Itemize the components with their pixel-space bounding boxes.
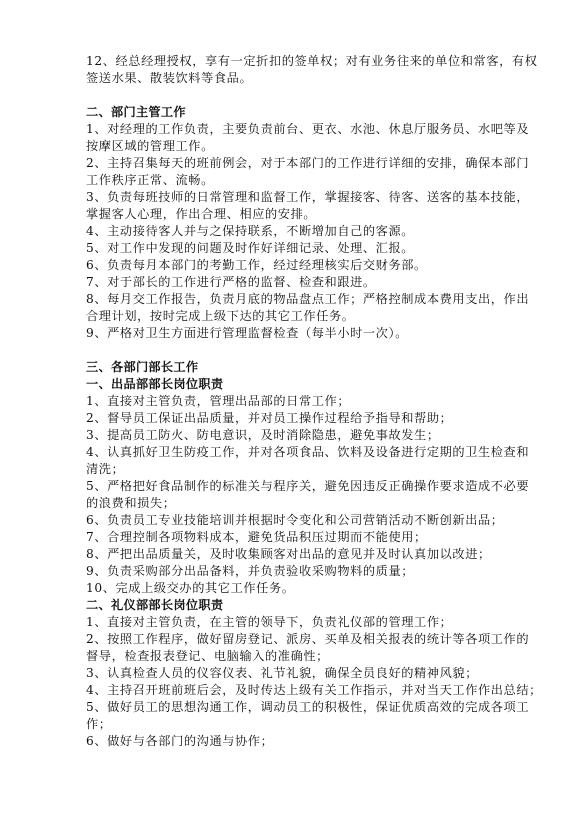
list-item: 8、严把出品质量关，及时收集顾客对出品的意见并及时认真加以改进； [86, 546, 506, 563]
list-item: 合理计划，按时完成上级下达的其它工作任务。 [86, 308, 506, 325]
list-item: 8、每月交工作报告，负责月底的物品盘点工作；严格控制成本费用支出，作出 [86, 291, 506, 308]
list-item: 6、做好与各部门的沟通与协作； [86, 733, 506, 750]
spacer [86, 342, 506, 359]
list-item: 2、督导员工保证出品质量，并对员工操作过程给予指导和帮助； [86, 410, 506, 427]
spacer [86, 87, 506, 104]
list-item: 5、做好员工的思想沟通工作，调动员工的积极性，保证优质高效的完成各项工 [86, 699, 506, 716]
list-item: 4、主动接待客人并与之保持联系，不断增加自己的客源。 [86, 223, 506, 240]
section-heading: 二、部门主管工作 [86, 104, 506, 121]
list-item: 按摩区域的管理工作。 [86, 138, 506, 155]
list-item: 1、直接对主管负责，在主管的领导下，负责礼仪部的管理工作； [86, 614, 506, 631]
list-item: 4、认真抓好卫生防疫工作，并对各项食品、饮料及设备进行定期的卫生检查和 [86, 444, 506, 461]
list-item: 1、直接对主管负责，管理出品部的日常工作； [86, 393, 506, 410]
list-item: 的浪费和损失； [86, 495, 506, 512]
list-item: 4、主持召开班前班后会，及时传达上级有关工作指示，并对当天工作作出总结； [86, 682, 506, 699]
list-item: 3、认真检查人员的仪容仪表、礼节礼貌，确保全员良好的精神风貌； [86, 665, 506, 682]
list-item: 清洗； [86, 461, 506, 478]
list-item: 9、严格对卫生方面进行管理监督检查（每半小时一次）。 [86, 325, 506, 342]
list-item: 1、对经理的工作负责，主要负责前台、更衣、水池、休息厅服务员、水吧等及 [86, 121, 506, 138]
section-heading: 三、各部门部长工作 [86, 359, 506, 376]
list-item: 10、完成上级交办的其它工作任务。 [86, 580, 506, 597]
list-item: 7、合理控制各项物料成本，避免货品积压过期而不能使用； [86, 529, 506, 546]
list-item: 9、负责采购部分出品备料，并负责验收采购物料的质量； [86, 563, 506, 580]
list-item: 7、对于部长的工作进行严格的监督、检查和跟进。 [86, 274, 506, 291]
list-item: 工作秩序正常、流畅。 [86, 172, 506, 189]
list-item: 3、负责每班技师的日常管理和监督工作，掌握接客、待客、送客的基本技能， [86, 189, 506, 206]
list-item: 6、负责每月本部门的考勤工作，经过经理核实后交财务部。 [86, 257, 506, 274]
list-item: 2、按照工作程序，做好留房登记、派房、买单及相关报表的统计等各项工作的 [86, 631, 506, 648]
spacer [86, 36, 506, 53]
subsection-heading: 二、礼仪部部长岗位职责 [86, 597, 506, 614]
list-item: 2、主持召集每天的班前例会，对于本部门的工作进行详细的安排，确保本部门 [86, 155, 506, 172]
list-item: 3、提高员工防火、防电意识，及时消除隐患，避免事故发生； [86, 427, 506, 444]
list-item: 掌握客人心理，作出合理、相应的安排。 [86, 206, 506, 223]
subsection-heading: 一、出品部部长岗位职责 [86, 376, 506, 393]
list-item: 作； [86, 716, 506, 733]
paragraph-line: 签送水果、散装饮料等食品。 [86, 70, 506, 87]
paragraph-line: 12、经总经理授权，享有一定折扣的签单权；对有业务往来的单位和常客，有权 [86, 53, 506, 70]
list-item: 督导，检查报表登记、电脑输入的准确性； [86, 648, 506, 665]
list-item: 5、对工作中发现的问题及时作好详细记录、处理、汇报。 [86, 240, 506, 257]
list-item: 5、严格把好食品制作的标准关与程序关，避免因违反正确操作要求造成不必要 [86, 478, 506, 495]
list-item: 6、负责员工专业技能培训并根据时令变化和公司营销活动不断创新出品； [86, 512, 506, 529]
document-page: 12、经总经理授权，享有一定折扣的签单权；对有业务往来的单位和常客，有权 签送水… [86, 36, 506, 750]
